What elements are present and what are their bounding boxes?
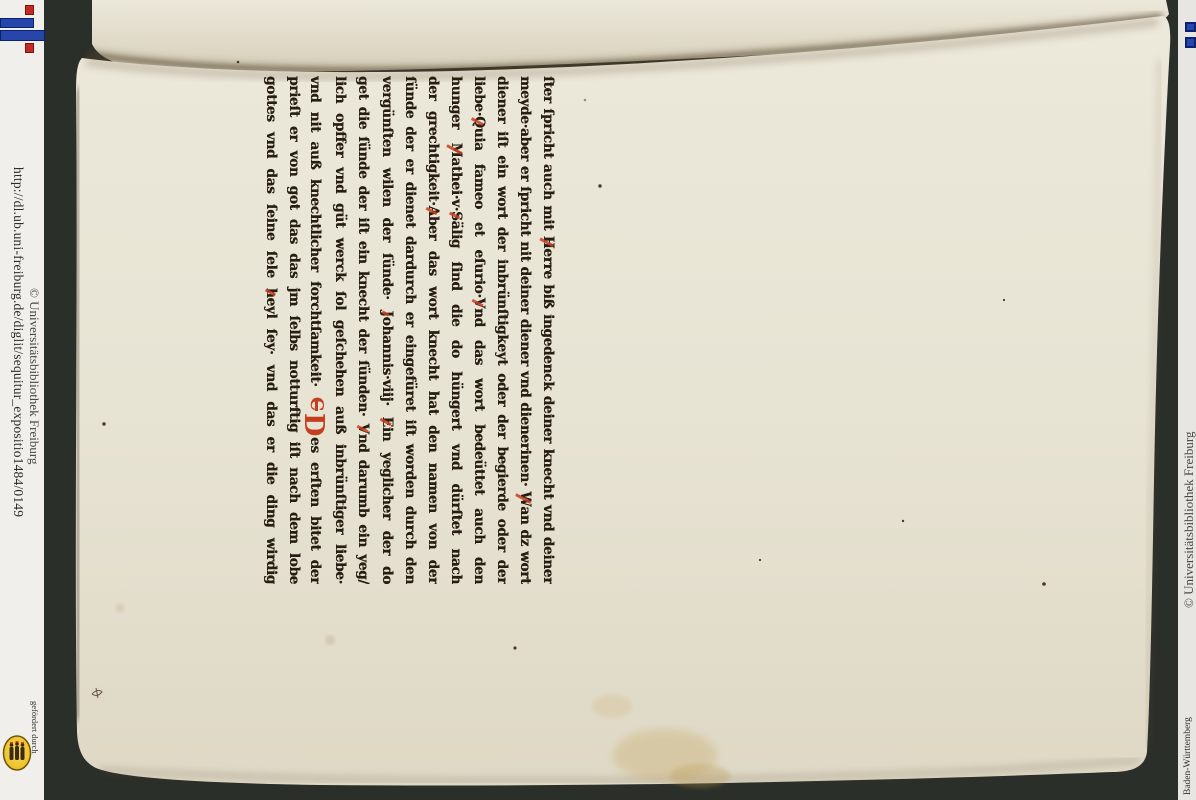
manuscript-text: erre biß ingedenck deiner knecht vnd dei… [540, 248, 556, 584]
right-margin-strip [1178, 0, 1196, 800]
manuscript-line: ſünde der er dienet dardurch er eingefür… [398, 76, 421, 584]
document-url-text: http://dl.ub.uni-freiburg.de/diglit/sequ… [10, 167, 26, 517]
manuscript-text: der grechtigkeit· [425, 76, 441, 206]
manuscript-text: lich opffer vnd güt werck ſol geſchehen … [332, 76, 348, 584]
manuscript-line: gottes vnd das ſeine ſele heyl ſey· vnd … [259, 76, 282, 584]
left-margin-strip: http://dl.ub.uni-freiburg.de/diglit/sequ… [0, 0, 44, 800]
manuscript-text: prieſt er von got das das jm ſelbs nottu… [286, 76, 302, 584]
manuscript-line: meyde·aber er ſpricht nit deiner diener … [513, 76, 536, 584]
manuscript-text: hunger [448, 76, 464, 143]
rubricated-letter: W [513, 491, 536, 506]
manuscript-text: an dz wort [517, 506, 533, 584]
university-seal-icon [2, 733, 36, 773]
manuscript-line: diener iſt ein wort der inbrünſtigkeyt o… [490, 76, 513, 584]
scanned-book-photo [0, 0, 1196, 800]
rubricated-letter: H [536, 236, 559, 249]
manuscript-text: get die ſünde der iſt ein knecht der ſün… [356, 76, 372, 423]
region-label: Baden-Württemberg [1183, 717, 1193, 795]
manuscript-text: uia fameo et eſurio· [471, 128, 487, 298]
rubricated-letter: M [444, 143, 467, 158]
copyright-text-right: © Universitätsbibliothek Freiburg [1181, 432, 1196, 608]
manuscript-text: meyde·aber er ſpricht nit deiner diener … [517, 76, 533, 491]
rubricated-letter: h [259, 288, 282, 298]
rubricated-letter: S [444, 211, 467, 221]
capitulum-mark: C [305, 397, 328, 411]
copyright-text-left: © Universitätsbibliothek Freiburg [26, 288, 42, 464]
rubricated-letter: A [421, 206, 444, 216]
manuscript-line: ſter ſpricht auch mit Herre biß ingedenc… [536, 76, 559, 584]
manuscript-text-block: ſter ſpricht auch mit Herre biß ingedenc… [259, 76, 559, 584]
rubricated-letter: V [352, 423, 375, 433]
manuscript-text: vnd nit auß knechtlicher forchtſamkeit· [307, 76, 323, 396]
manuscript-line: get die ſünde der iſt ein knecht der ſün… [351, 76, 374, 584]
manuscript-line: prieſt er von got das das jm ſelbs nottu… [282, 76, 305, 584]
manuscript-text: es erſten bitet der [307, 437, 323, 584]
manuscript-text: eyl ſey· vnd das er die ding wirdig [263, 298, 279, 585]
manuscript-text: ſünde der er dienet dardurch er eingefür… [402, 76, 418, 584]
manuscript-leaf [76, 16, 1170, 786]
rubricated-letter: J [375, 311, 398, 317]
manuscript-text: nd das wort bedeüttet auch den [471, 308, 487, 584]
manuscript-line: vergünſten wilen der ſünde· Johannis·vii… [375, 76, 398, 584]
manuscript-text: gottes vnd das ſeine ſele [263, 76, 279, 288]
manuscript-text: diener iſt ein wort der inbrünſtigkeyt o… [494, 76, 510, 584]
manuscript-text: liebe· [471, 76, 487, 116]
manuscript-text: athei·v· [448, 157, 464, 211]
manuscript-text: nd darumb ein yeg/ [356, 434, 372, 584]
manuscript-text: vergünſten wilen der ſünde· [379, 76, 395, 311]
manuscript-text: ber das wort knecht hat den namen von de… [425, 216, 441, 584]
manuscript-line: vnd nit auß knechtlicher forchtſamkeit· … [305, 76, 328, 584]
manuscript-text: ohannis·viij· [379, 317, 395, 417]
rubricated-letter: Q [467, 116, 490, 128]
rubricated-letter: E [375, 417, 398, 427]
manuscript-text: ſter ſpricht auch mit [540, 76, 556, 236]
manuscript-text: älig ſind die do hüngert vnd dürſtet nac… [448, 221, 464, 584]
rubricated-letter: V [467, 298, 490, 308]
manuscript-line: hunger Mathei·v·Sälig ſind die do hünger… [444, 76, 467, 584]
manuscript-line: liebe·Quia fameo et eſurio·Vnd das wort … [467, 76, 490, 584]
manuscript-line: lich opffer vnd güt werck ſol geſchehen … [328, 76, 351, 584]
library-scan-viewer-page: { "left_strip": { "url_text": "http://dl… [0, 0, 1196, 800]
manuscript-line: der grechtigkeit·Aber das wort knecht ha… [421, 76, 444, 584]
